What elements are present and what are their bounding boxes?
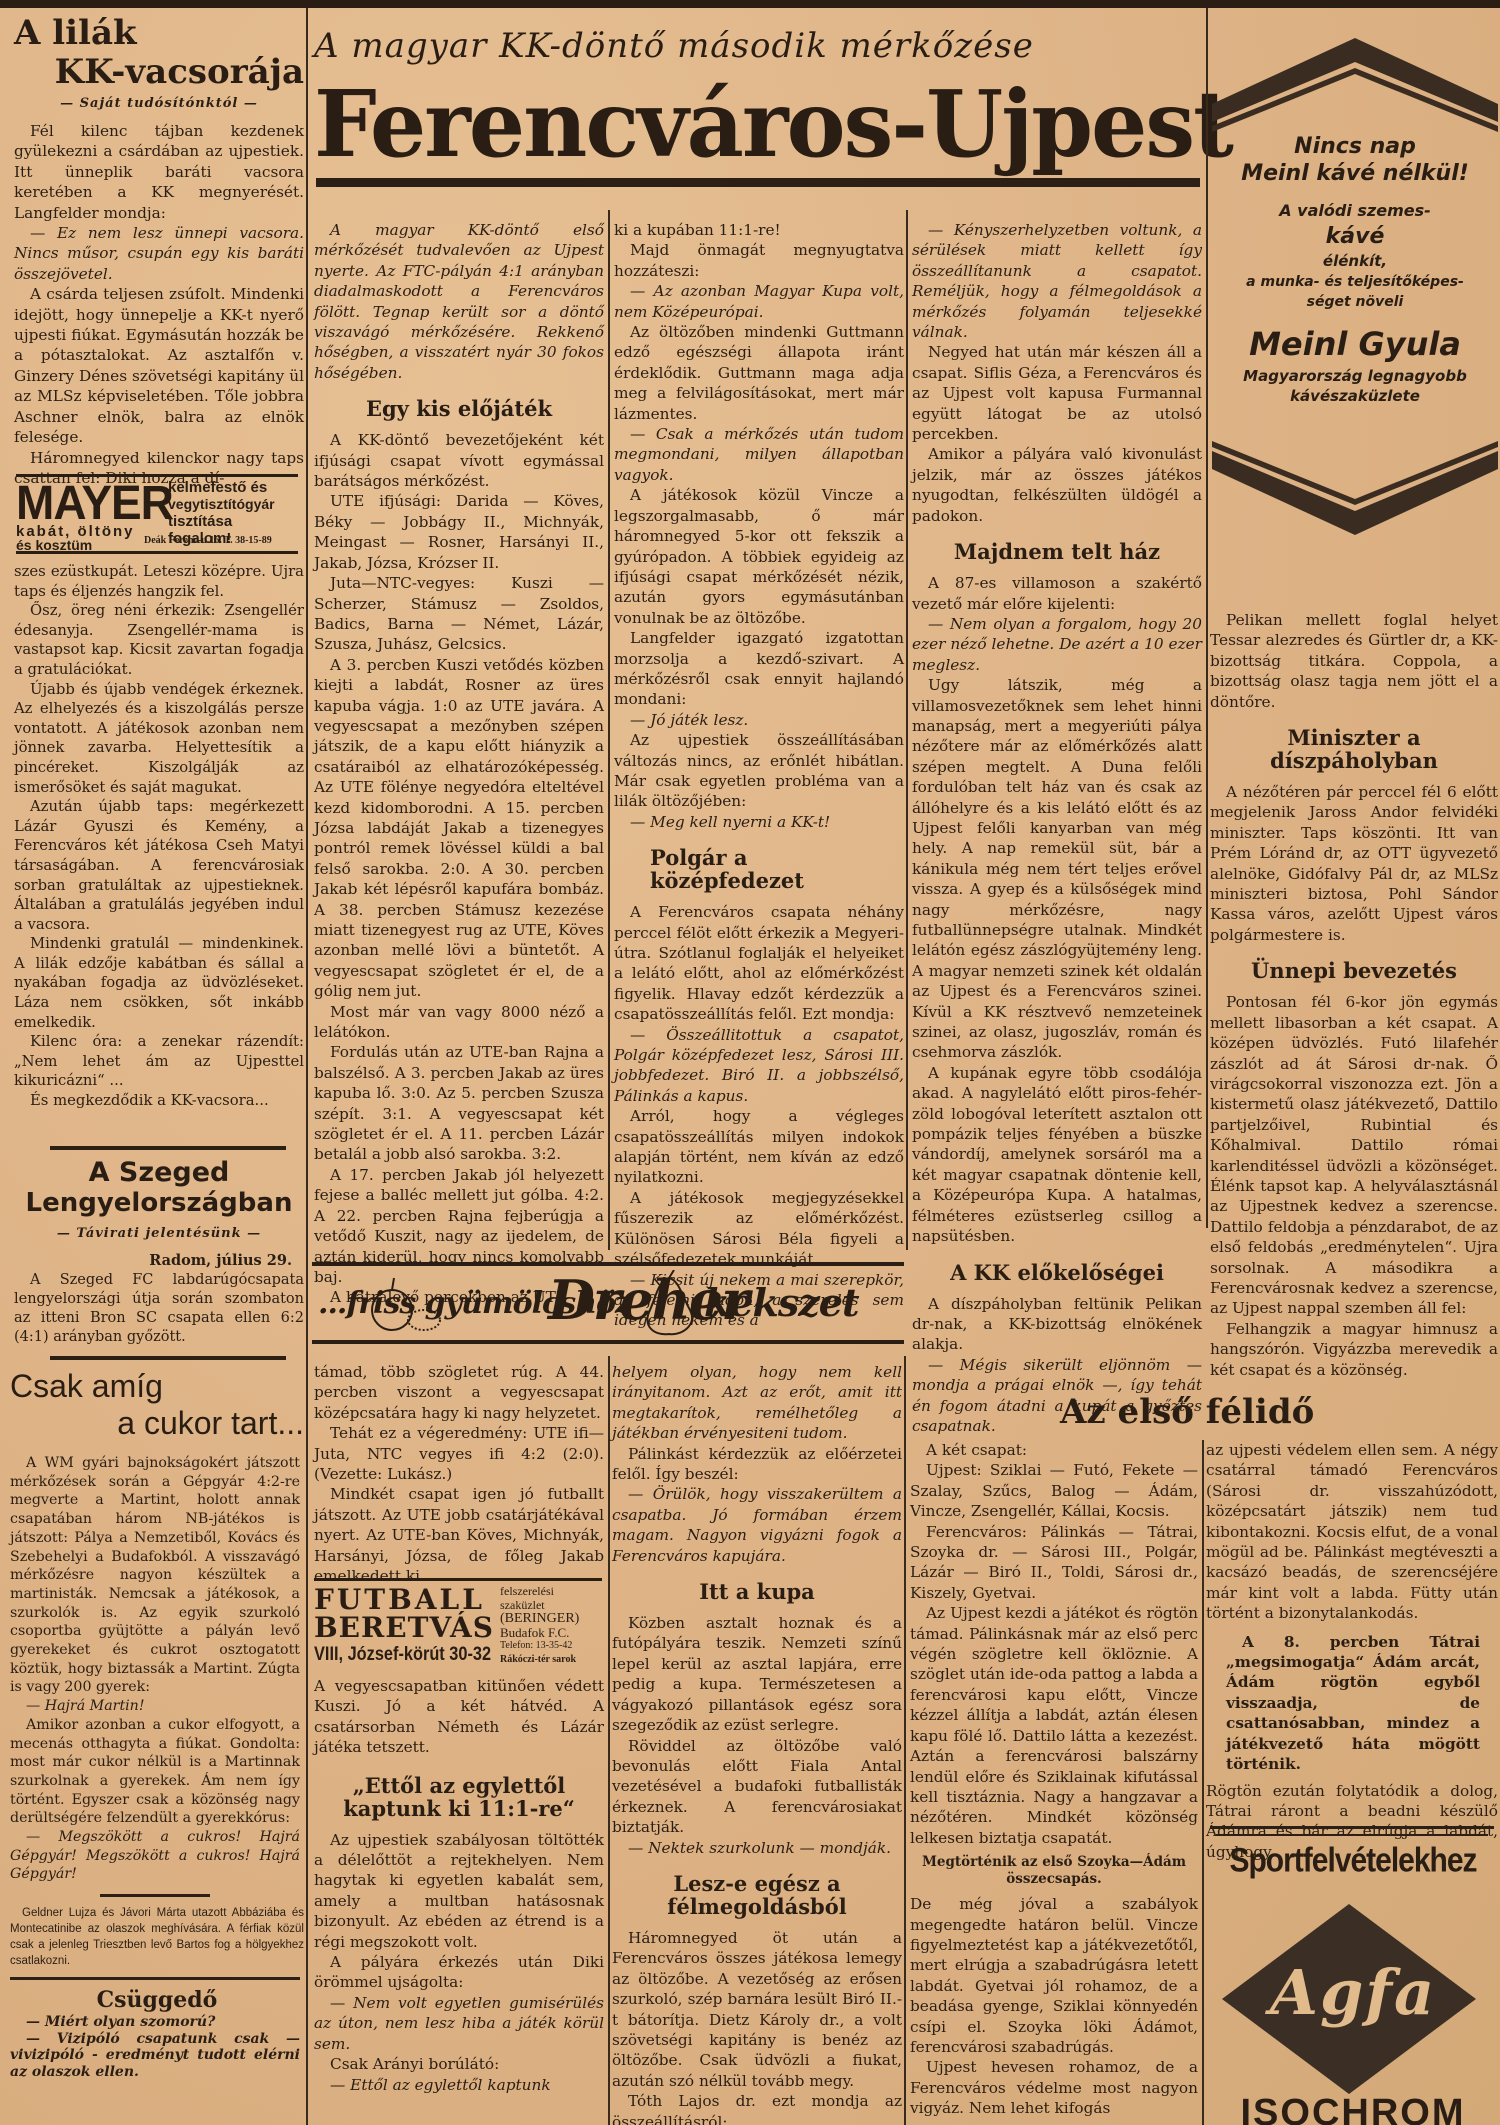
paragraph: — Jó játék lesz. [614,710,904,730]
lilak-headline-line2: KK-vacsorája [14,52,304,92]
chevron-down-ornament [1212,439,1498,549]
paragraph: Pontosan fél 6-kor jön egymás mellett li… [1210,992,1498,1319]
paragraph: Az ujpestiek összeállításában változás n… [614,730,904,812]
futball-r3: (BERINGER) [500,1612,579,1626]
first-half-bold-paragraph: A 8. percben Tátrai „megsimogatja“ Ádám … [1226,1632,1480,1775]
paragraph: Ferencváros: Pálinkás — Tátrai, Szoyka d… [910,1522,1198,1604]
paragraph: Tehát ez a végeredmény: UTE ifi—Juta, NT… [314,1423,604,1484]
paragraph: Az Ujpest kezdi a játékot és rögtön táma… [910,1603,1198,1848]
szeged-headline-line2: Lengyelországban [14,1188,304,1218]
paragraph: A vegyescsapatban kitünően védett Kuszi.… [314,1676,604,1758]
agfa-product: ISOCHROM [1210,2092,1496,2125]
paragraph: És megkezdődik a KK-vacsora... [14,1091,304,1111]
futball-r4: Budafok F.C. [500,1626,579,1640]
paragraph: Arról, hogy a végleges csapatösszeállítá… [614,1106,904,1188]
mayer-ad: MAYER kelmefestő és vegytisztítógyár tis… [16,474,298,554]
paragraph: Ugy látszik, még a villamosvezetőknek se… [912,675,1202,1063]
paragraph: Fél kilenc tájban kezdenek gyülekezni a … [14,121,304,223]
column-rule [306,8,308,2125]
chevron-up-ornament [1212,24,1498,134]
paragraph: A Ferencváros csapata néhány perccel fél… [614,902,904,1024]
lead-kicker: A magyar KK-döntő második mérkőzése [314,26,1204,66]
meinl-line3: A valódi szemes- [1212,198,1498,224]
section-heading: Miniszter a díszpáholyban [1210,726,1498,772]
column-rule [904,1356,906,2125]
paragraph: — Hajrá Martin! [10,1697,300,1716]
brief-paragraph: Geldner Lujza és Jávori Márta utazott Ab… [10,1907,304,1967]
divider [50,1146,286,1150]
paragraph: A pályára érkezés után Diki örömmel ujsá… [314,1952,604,1993]
lilak-story: A lilák KK-vacsorája — Saját tudósítónkt… [14,14,304,488]
paragraph: — Összeállitottuk a csapatot, Polgár köz… [614,1025,904,1107]
dreher-ad: ...friss gyümölcshöz Dreher kekszet [312,1262,904,1344]
lilak-body-top: Fél kilenc tájban kezdenek gyülekezni a … [14,121,304,488]
section-heading: Lesz-e egész a félmegoldásból [612,1872,902,1918]
meinl-line1: Nincs nap [1212,134,1498,160]
meinl-tag1: Magyarország legnagyobb [1212,366,1498,386]
futball-line2: BERETVÁS [314,1613,494,1643]
divider [1210,1826,1494,1829]
lilak-headline-line1: A lilák [14,14,304,52]
paragraph: — Meg kell nyerni a KK-t! [614,812,904,832]
paragraph: Csak Arányi borúlátó: [314,2054,604,2074]
szeged-dateline: Radom, július 29. [14,1251,304,1271]
paragraph: — Megszökött a cukros! Hajrá Gépgyár! Me… [10,1828,300,1884]
column-rule [608,210,610,1250]
paragraph: — Kényszerhelyzetben voltunk, a sérülése… [912,220,1202,342]
futball-beretvas-ad: FUTBALL BERETVÁS VIII, József-körút 30-3… [314,1578,602,1668]
paragraph: A csárda teljesen zsúfolt. Mindenki idej… [14,284,304,447]
lead-intro: A magyar KK-döntő első mérkőzését tudval… [314,220,604,383]
cukor-story: Csak amíg a cukor tart... A WM gyári baj… [10,1368,304,2080]
paragraph: Röviddel az öltözőbe való bevonulás előt… [612,1736,902,1838]
meinl-ad: Nincs nap Meinl kávé nélkül! A valódi sz… [1212,14,1498,574]
section-heading: Majdnem telt ház [912,540,1202,563]
divider [10,1977,300,1980]
meinl-tag2: kávészaküzlete [1212,386,1498,406]
cukor-headline-line2: a cukor tart... [10,1404,304,1442]
meinl-line5: élénkít, [1212,250,1498,272]
futball-address: VIII, József-körút 30-32 [314,1643,491,1667]
divider [100,1894,210,1897]
top-border-rule [0,0,1500,8]
paragraph: — Nem volt egyetlen gumisérülés az úton,… [314,1993,604,2054]
mayer-line1: kelmefestő és [168,479,267,496]
paragraph: az ujpesti védelem ellen sem. A négy csa… [1206,1440,1498,1624]
paragraph: Az ujpestiek szabályosan töltötték a dél… [314,1830,604,1952]
csuggedo-body: — Miért olyan szomorú?— Vizipóló csapatu… [10,2014,300,2080]
paragraph: Most már van vagy 8000 néző a lelátókon. [314,1002,604,1043]
meinl-brand: Meinl Gyula [1212,322,1498,366]
lead-column-3: — Kényszerhelyzetben voltunk, a sérülése… [912,220,1202,1436]
paragraph: A nézőtéren pár perccel fél 6 előtt megj… [1210,782,1498,945]
szeged-story: A Szeged Lengyelországban — Távirati jel… [14,1158,304,1347]
szeged-body: A Szeged FC labdarúgócsapata lengyelorsz… [14,1271,304,1347]
paragraph: Langfelder igazgató izgatottan morzsolja… [614,628,904,710]
paragraph: Juta—NTC-vegyes: Kuszi — Scherzer, Stámu… [314,573,604,655]
agfa-ad: Sportfelvételekhez Agfa ISOCHROM [1210,1826,1496,2125]
paragraph: Az öltözőben mindenki Guttmann edző egés… [614,322,904,424]
paragraph: Ujpest hevesen rohamoz, de a Ferencváros… [910,2057,1198,2118]
first-half-subhead: Megtörténik az első Szoyka—Ádám összecsa… [918,1854,1190,1888]
paragraph: A játékosok közül Vincze a legszorgalmas… [614,485,904,628]
paragraph: Fordulás után az UTE-ban Rajna a balszél… [314,1042,604,1164]
paragraph: Amikor azonban a cukor elfogyott, a mece… [10,1716,300,1828]
agfa-brand: Agfa [1210,1956,1496,2029]
paragraph: Mindenki gratulál — mindenkinek. A lilák… [14,934,304,1032]
paragraph: ki a kupában 11:1-re! [614,220,904,240]
meinl-line4: kávé [1212,224,1498,250]
paragraph: A díszpáholyban feltünik Pelikan dr-nak,… [912,1294,1202,1355]
paragraph: A KK-döntő bevezetőjeként két ifjúsági c… [314,430,604,491]
lead-headline: Ferencváros-Ujpest [314,78,1168,170]
szeged-byline: — Távirati jelentésünk — [14,1226,304,1241]
paragraph: A két csapat: [910,1440,1198,1460]
paragraph: Felhangzik a magyar himnusz a hangszórón… [1210,1319,1498,1380]
paragraph: Ősz, öreg néni érkezik: Zsengellér édesa… [14,601,304,679]
paragraph: — Nem olyan a forgalom, hogy 20 ezer néz… [912,614,1202,675]
lead-column-2: ki a kupában 11:1-re!Majd önmagát megnyu… [614,220,904,1331]
column-rule [906,210,908,1250]
section-heading: Polgár a középfedezet [614,846,904,892]
mayer-brand: MAYER [16,478,173,526]
column-rule [1206,8,1208,1228]
paragraph: Tóth Lajos dr. ezt mondja az összeállítá… [612,2091,902,2125]
csuggedo-headline: Csüggedő [10,1986,304,2014]
section-heading: Itt a kupa [612,1580,902,1603]
futball-r2: szaküzlet [500,1599,579,1613]
paragraph: Kilenc óra: a zenekar rázendít: „Nem leh… [14,1032,304,1091]
futball-r6: Rákóczi-tér sarok [500,1653,579,1667]
divider [50,1356,286,1360]
paragraph: Mindkét csapat igen jó futballt játszott… [314,1484,604,1586]
lilak-body-bottom: szes ezüstkupát. Leteszi középre. Ujra t… [14,562,304,1111]
paragraph: Amikor a pályára való kivonulást jelzik,… [912,444,1202,526]
meinl-line7: séget növeli [1212,292,1498,312]
lead-column-1-continued-2: A vegyescsapatban kitünően védett Kuszi.… [314,1676,604,2095]
meinl-line6: a munka- és teljesítőképes- [1212,272,1498,292]
paragraph: helyem olyan, hogy nem kell irányitanom.… [612,1362,902,1444]
paragraph: Újabb és újabb vendégek érkeznek. Az elh… [14,680,304,798]
paragraph: támad, több szögletet rúg. A 44. percben… [314,1362,604,1423]
mayer-address: Deák Ferenc-u.16. T. 38-15-89 [144,535,272,546]
paragraph: Pelikan mellett foglal helyet Tessar ale… [1210,610,1498,712]
first-half-right: az ujpesti védelem ellen sem. A négy csa… [1206,1440,1498,1862]
paragraph: — Ettől az egylettől kaptunk [314,2075,604,2095]
futball-r1: felszerelési [500,1585,579,1599]
col3-bottom: helyem olyan, hogy nem kell irányitanom.… [612,1362,902,2125]
paragraph: — Vizipóló csapatunk csak — vivizipóló -… [10,2031,300,2081]
column-rule [1202,1440,1204,2125]
paragraph: A WM gyári bajnokságokért játszott mérkő… [10,1454,300,1697]
section-heading: Egy kis előjáték [314,397,604,420]
section-heading: „Ettől az egylettől kaptunk ki 11:1-re“ [314,1774,604,1820]
paragraph: Közben asztalt hoznak és a futópályára t… [612,1613,902,1735]
section-heading: Ünnepi bevezetés [1210,959,1498,982]
paragraph: Negyed hat után már készen áll a csapat.… [912,342,1202,444]
paragraph: — Örülök, hogy visszakerültem a csapatba… [612,1484,902,1566]
agfa-headline: Sportfelvételekhez [1210,1841,1496,1880]
paragraph: Pálinkást kérdezzük az előérzetei felől.… [612,1444,902,1485]
first-half-left: A két csapat:Ujpest: Sziklai — Futó, Fek… [910,1440,1198,2119]
szeged-headline-line1: A Szeged [14,1158,304,1188]
lead-column-1: A magyar KK-döntő első mérkőzését tudval… [314,220,604,1308]
cukor-headline-line1: Csak amíg [10,1368,304,1404]
lilak-byline: — Saját tudósítónktól — [14,96,304,111]
paragraph: Ujpest: Sziklai — Futó, Fekete — Szalay,… [910,1460,1198,1521]
paragraph: szes ezüstkupát. Leteszi középre. Ujra t… [14,562,304,601]
paragraph: — Az azonban Magyar Kupa volt, nem Közép… [614,281,904,322]
paragraph: A 3. percben Kuszi vetődés közben kiejti… [314,655,604,1002]
meinl-line2: Meinl kávé nélkül! [1212,160,1498,188]
futball-r5: Telefon: 13-35-42 [500,1639,579,1653]
first-half-headline: Az első félidő [1060,1392,1314,1432]
paragraph: — Miért olyan szomorú? [10,2014,300,2031]
paragraph: — Csak a mérkőzés után tudom megmondani,… [614,424,904,485]
paragraph: UTE ifjúsági: Darida — Köves, Béky — Job… [314,491,604,573]
paragraph: A kupának egyre több csodálója akad. A n… [912,1063,1202,1247]
mayer-line2: vegytisztítógyár [168,496,275,512]
paragraph: A 87-es villamoson a szakértő vezető már… [912,573,1202,614]
szeged-paragraph: A Szeged FC labdarúgócsapata lengyelorsz… [14,1271,304,1347]
paragraph: — Nektek szurkolunk — mondják. [612,1838,902,1858]
paragraph: Azután újabb taps: megérkezett Lázár Gyu… [14,797,304,934]
section-heading: A KK előkelőségei [912,1261,1202,1284]
mayer-left2: és kosztüm [16,537,92,553]
divider [1216,1834,1488,1836]
dreher-suffix: kekszet [704,1280,859,1325]
paragraph: A játékosok megjegyzésekkel fűszerezik a… [614,1188,904,1270]
paragraph: De még jóval a szabályok megengedte hatá… [910,1894,1198,2057]
paragraph: — Ez nem lesz ünnepi vacsora. Nincs műso… [14,223,304,284]
headline-rule [316,178,1200,187]
paragraph: Háromnegyed öt után a Ferencváros összes… [612,1928,902,2091]
lead-column-1-continued: támad, több szögletet rúg. A 44. percben… [314,1362,604,1586]
paragraph: Majd önmagát megnyugtatva hozzáteszi: [614,240,904,281]
column-rule [608,1356,610,2125]
cukor-body: A WM gyári bajnokságokért játszott mérkő… [10,1454,300,1884]
lead-column-4: Pelikan mellett foglal helyet Tessar ale… [1210,610,1498,1380]
brief-text: Geldner Lujza és Jávori Márta utazott Ab… [10,1905,304,1969]
